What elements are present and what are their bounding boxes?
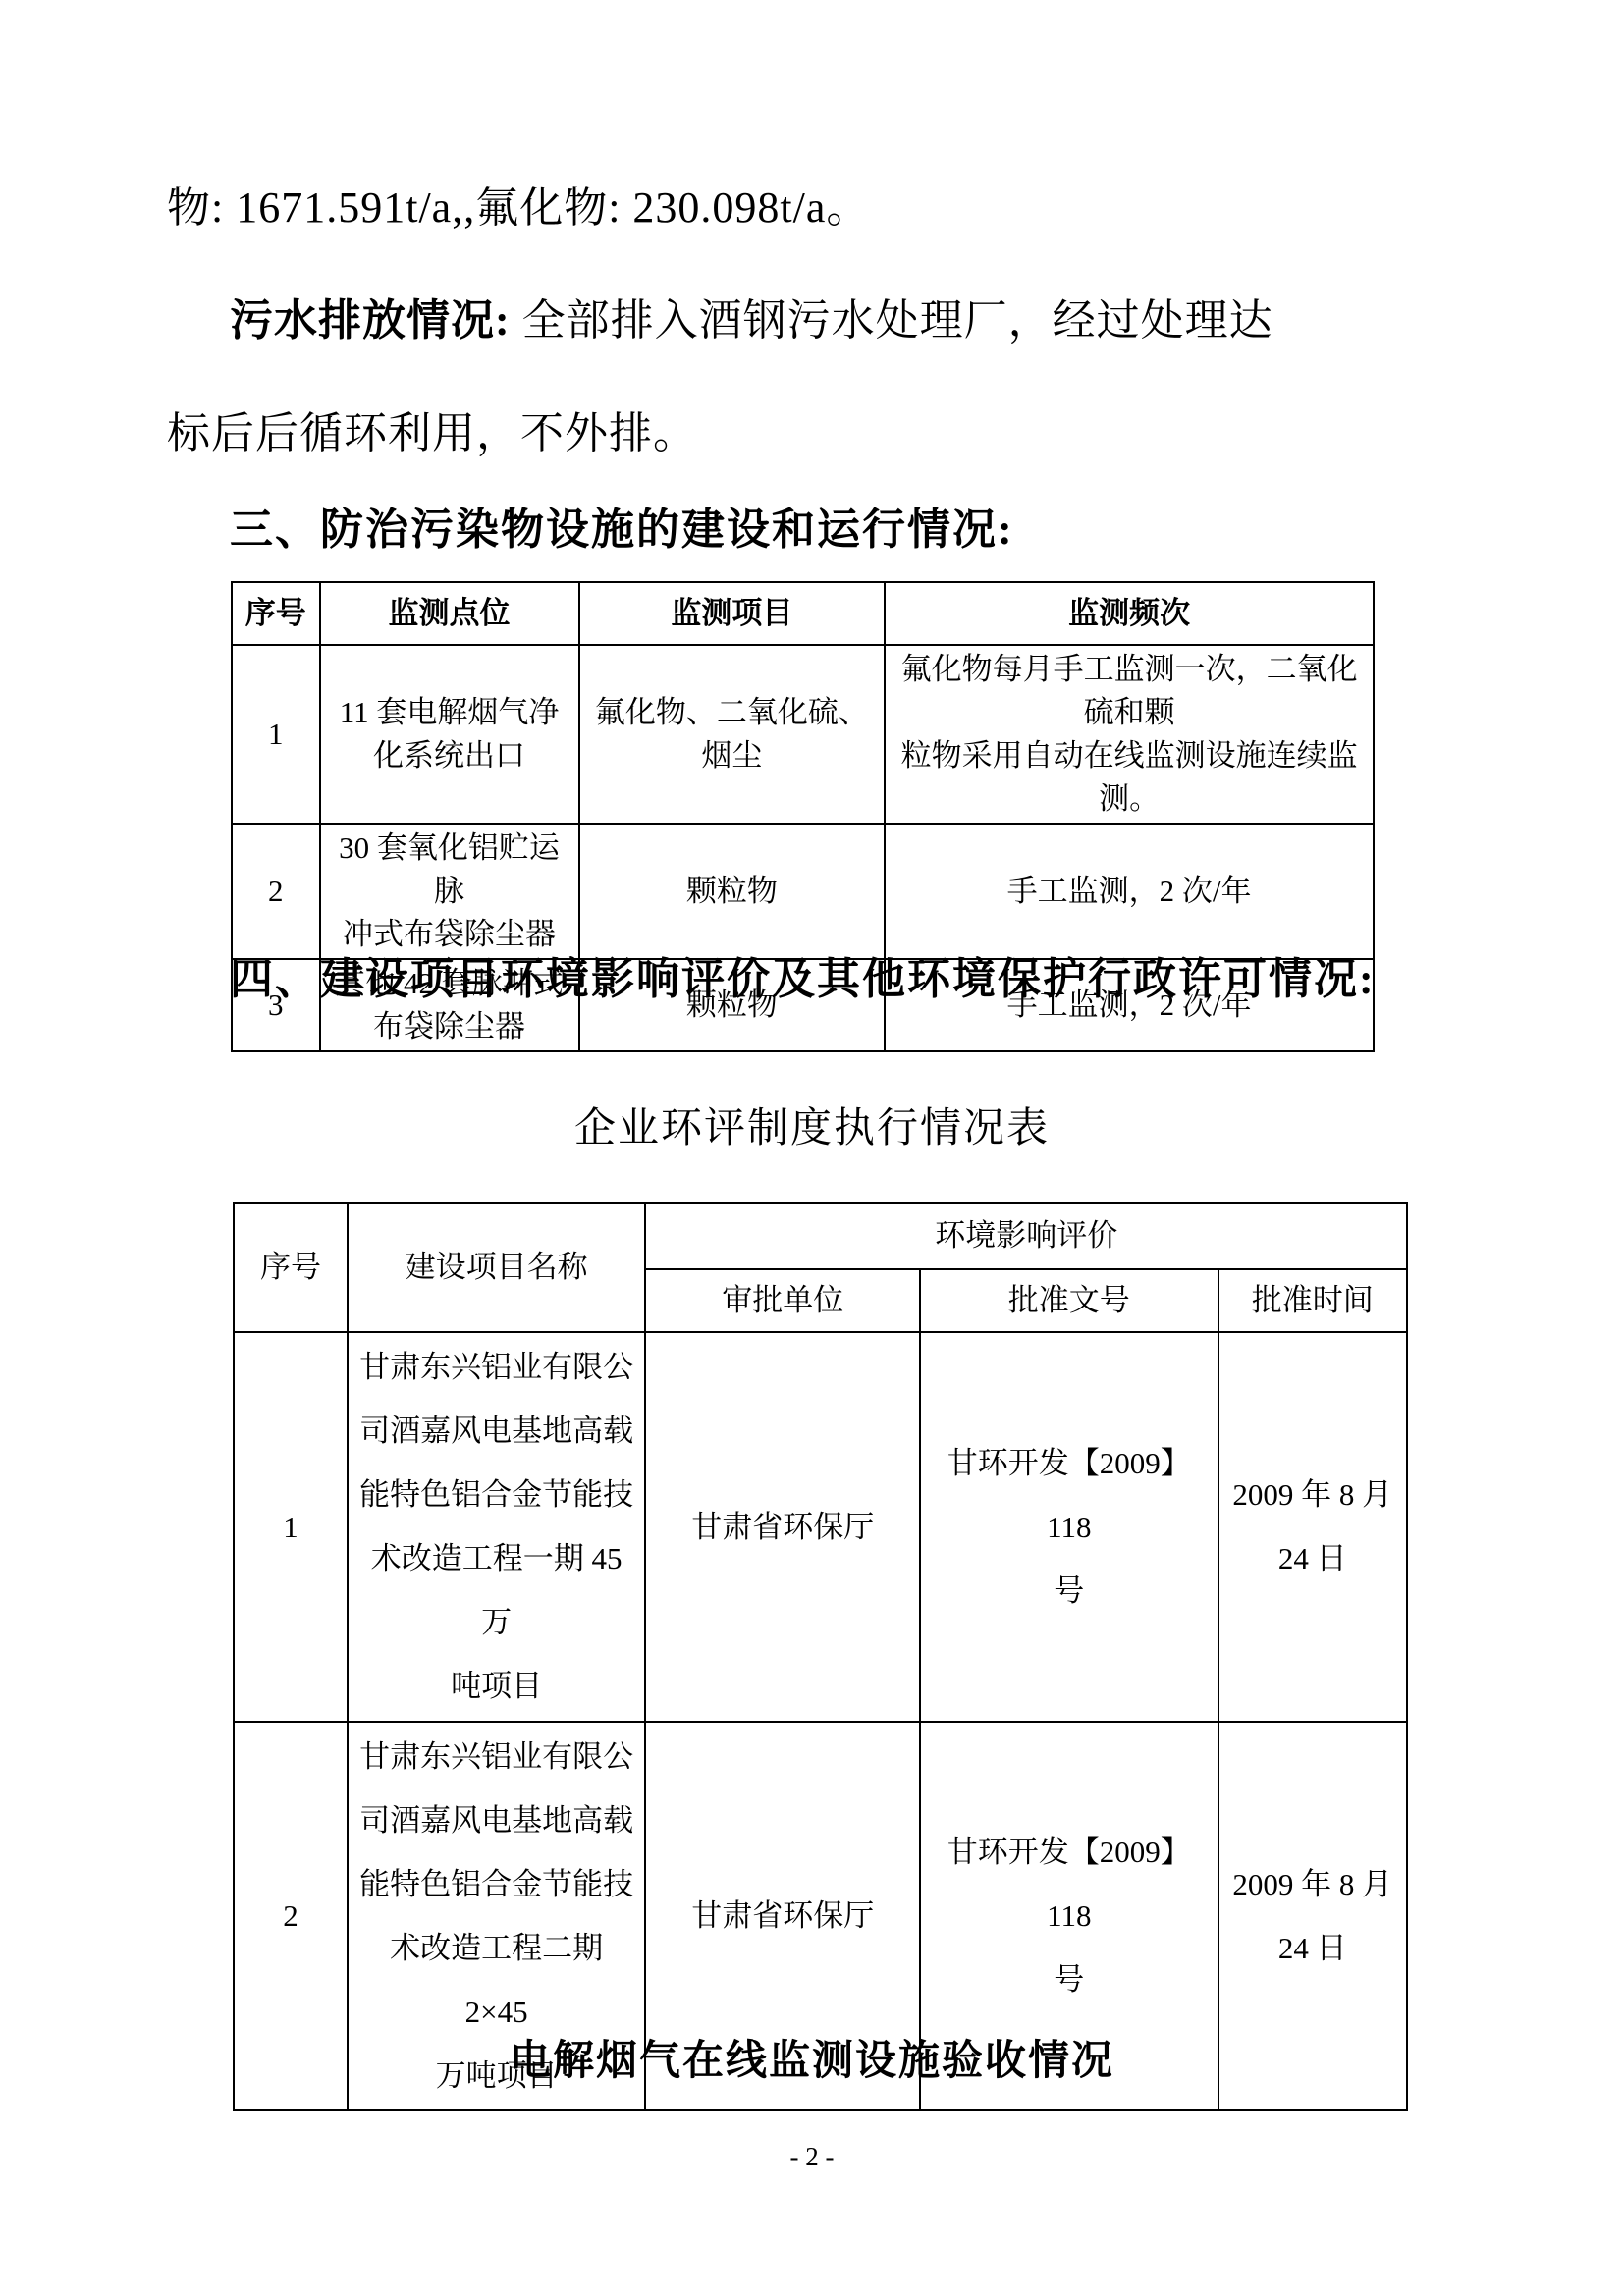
paragraph-wastewater-line1: 污水排放情况: 全部排入酒钢污水处理厂，经过处理达	[167, 295, 1273, 347]
cell-no: 1	[232, 645, 320, 824]
col-header-approver: 审批单位	[645, 1269, 920, 1332]
cell-freq: 手工监测，2 次/年	[885, 824, 1374, 959]
document-page: 物: 1671.591t/a,,氟化物: 230.098t/a。 污水排放情况:…	[0, 0, 1624, 2296]
cell-approver: 甘肃省环保厅	[645, 1332, 920, 1722]
col-header-eia-group: 环境影响评价	[645, 1203, 1407, 1269]
eia-table-title: 企业环评制度执行情况表	[0, 1095, 1624, 1154]
cell-doc-no: 甘环开发【2009】118 号	[920, 1332, 1218, 1722]
table-row: 1 11 套电解烟气净 化系统出口 氟化物、二氧化硫、 烟尘 氟化物每月手工监测…	[232, 645, 1374, 824]
table-row: 2 30 套氧化铝贮运脉 冲式布袋除尘器 颗粒物 手工监测，2 次/年	[232, 824, 1374, 959]
section-4-heading: 四、建设项目环境影响评价及其他环境保护行政许可情况:	[167, 943, 1376, 1006]
col-header-item: 监测项目	[579, 582, 886, 645]
online-monitoring-title: 电解烟气在线监测设施验收情况	[0, 2028, 1624, 2087]
cell-point: 30 套氧化铝贮运脉 冲式布袋除尘器	[320, 824, 579, 959]
cell-no: 2	[232, 824, 320, 959]
table-header-row-1: 序号 建设项目名称 环境影响评价	[234, 1203, 1407, 1269]
col-header-no: 序号	[234, 1203, 348, 1332]
cell-item: 颗粒物	[579, 824, 886, 959]
wastewater-text-line1: 全部排入酒钢污水处理厂，经过处理达	[511, 296, 1273, 345]
table-header-row: 序号 监测点位 监测项目 监测频次	[232, 582, 1374, 645]
wastewater-label: 污水排放情况:	[230, 296, 511, 345]
cell-project: 甘肃东兴铝业有限公 司酒嘉风电基地高载 能特色铝合金节能技 术改造工程一期 45…	[348, 1332, 646, 1722]
col-header-no: 序号	[232, 582, 320, 645]
col-header-doc-no: 批准文号	[920, 1269, 1218, 1332]
col-header-date: 批准时间	[1218, 1269, 1407, 1332]
paragraph-emissions: 物: 1671.591t/a,,氟化物: 230.098t/a。	[167, 183, 870, 235]
cell-no: 1	[234, 1332, 348, 1722]
paragraph-wastewater-line2: 标后后循环利用，不外排。	[167, 408, 697, 460]
cell-item: 氟化物、二氧化硫、 烟尘	[579, 645, 886, 824]
cell-point: 11 套电解烟气净 化系统出口	[320, 645, 579, 824]
page-number: - 2 -	[0, 2142, 1624, 2172]
col-header-point: 监测点位	[320, 582, 579, 645]
section-3-heading: 三、防治污染物设施的建设和运行情况:	[167, 494, 1014, 557]
eia-approval-table: 序号 建设项目名称 环境影响评价 审批单位 批准文号 批准时间 1 甘肃东兴铝业…	[233, 1202, 1408, 2111]
col-header-freq: 监测频次	[885, 582, 1374, 645]
col-header-project: 建设项目名称	[348, 1203, 646, 1332]
cell-date: 2009 年 8 月 24 日	[1218, 1332, 1407, 1722]
cell-freq: 氟化物每月手工监测一次，二氧化硫和颗 粒物采用自动在线监测设施连续监测。	[885, 645, 1374, 824]
table-row: 1 甘肃东兴铝业有限公 司酒嘉风电基地高载 能特色铝合金节能技 术改造工程一期 …	[234, 1332, 1407, 1722]
